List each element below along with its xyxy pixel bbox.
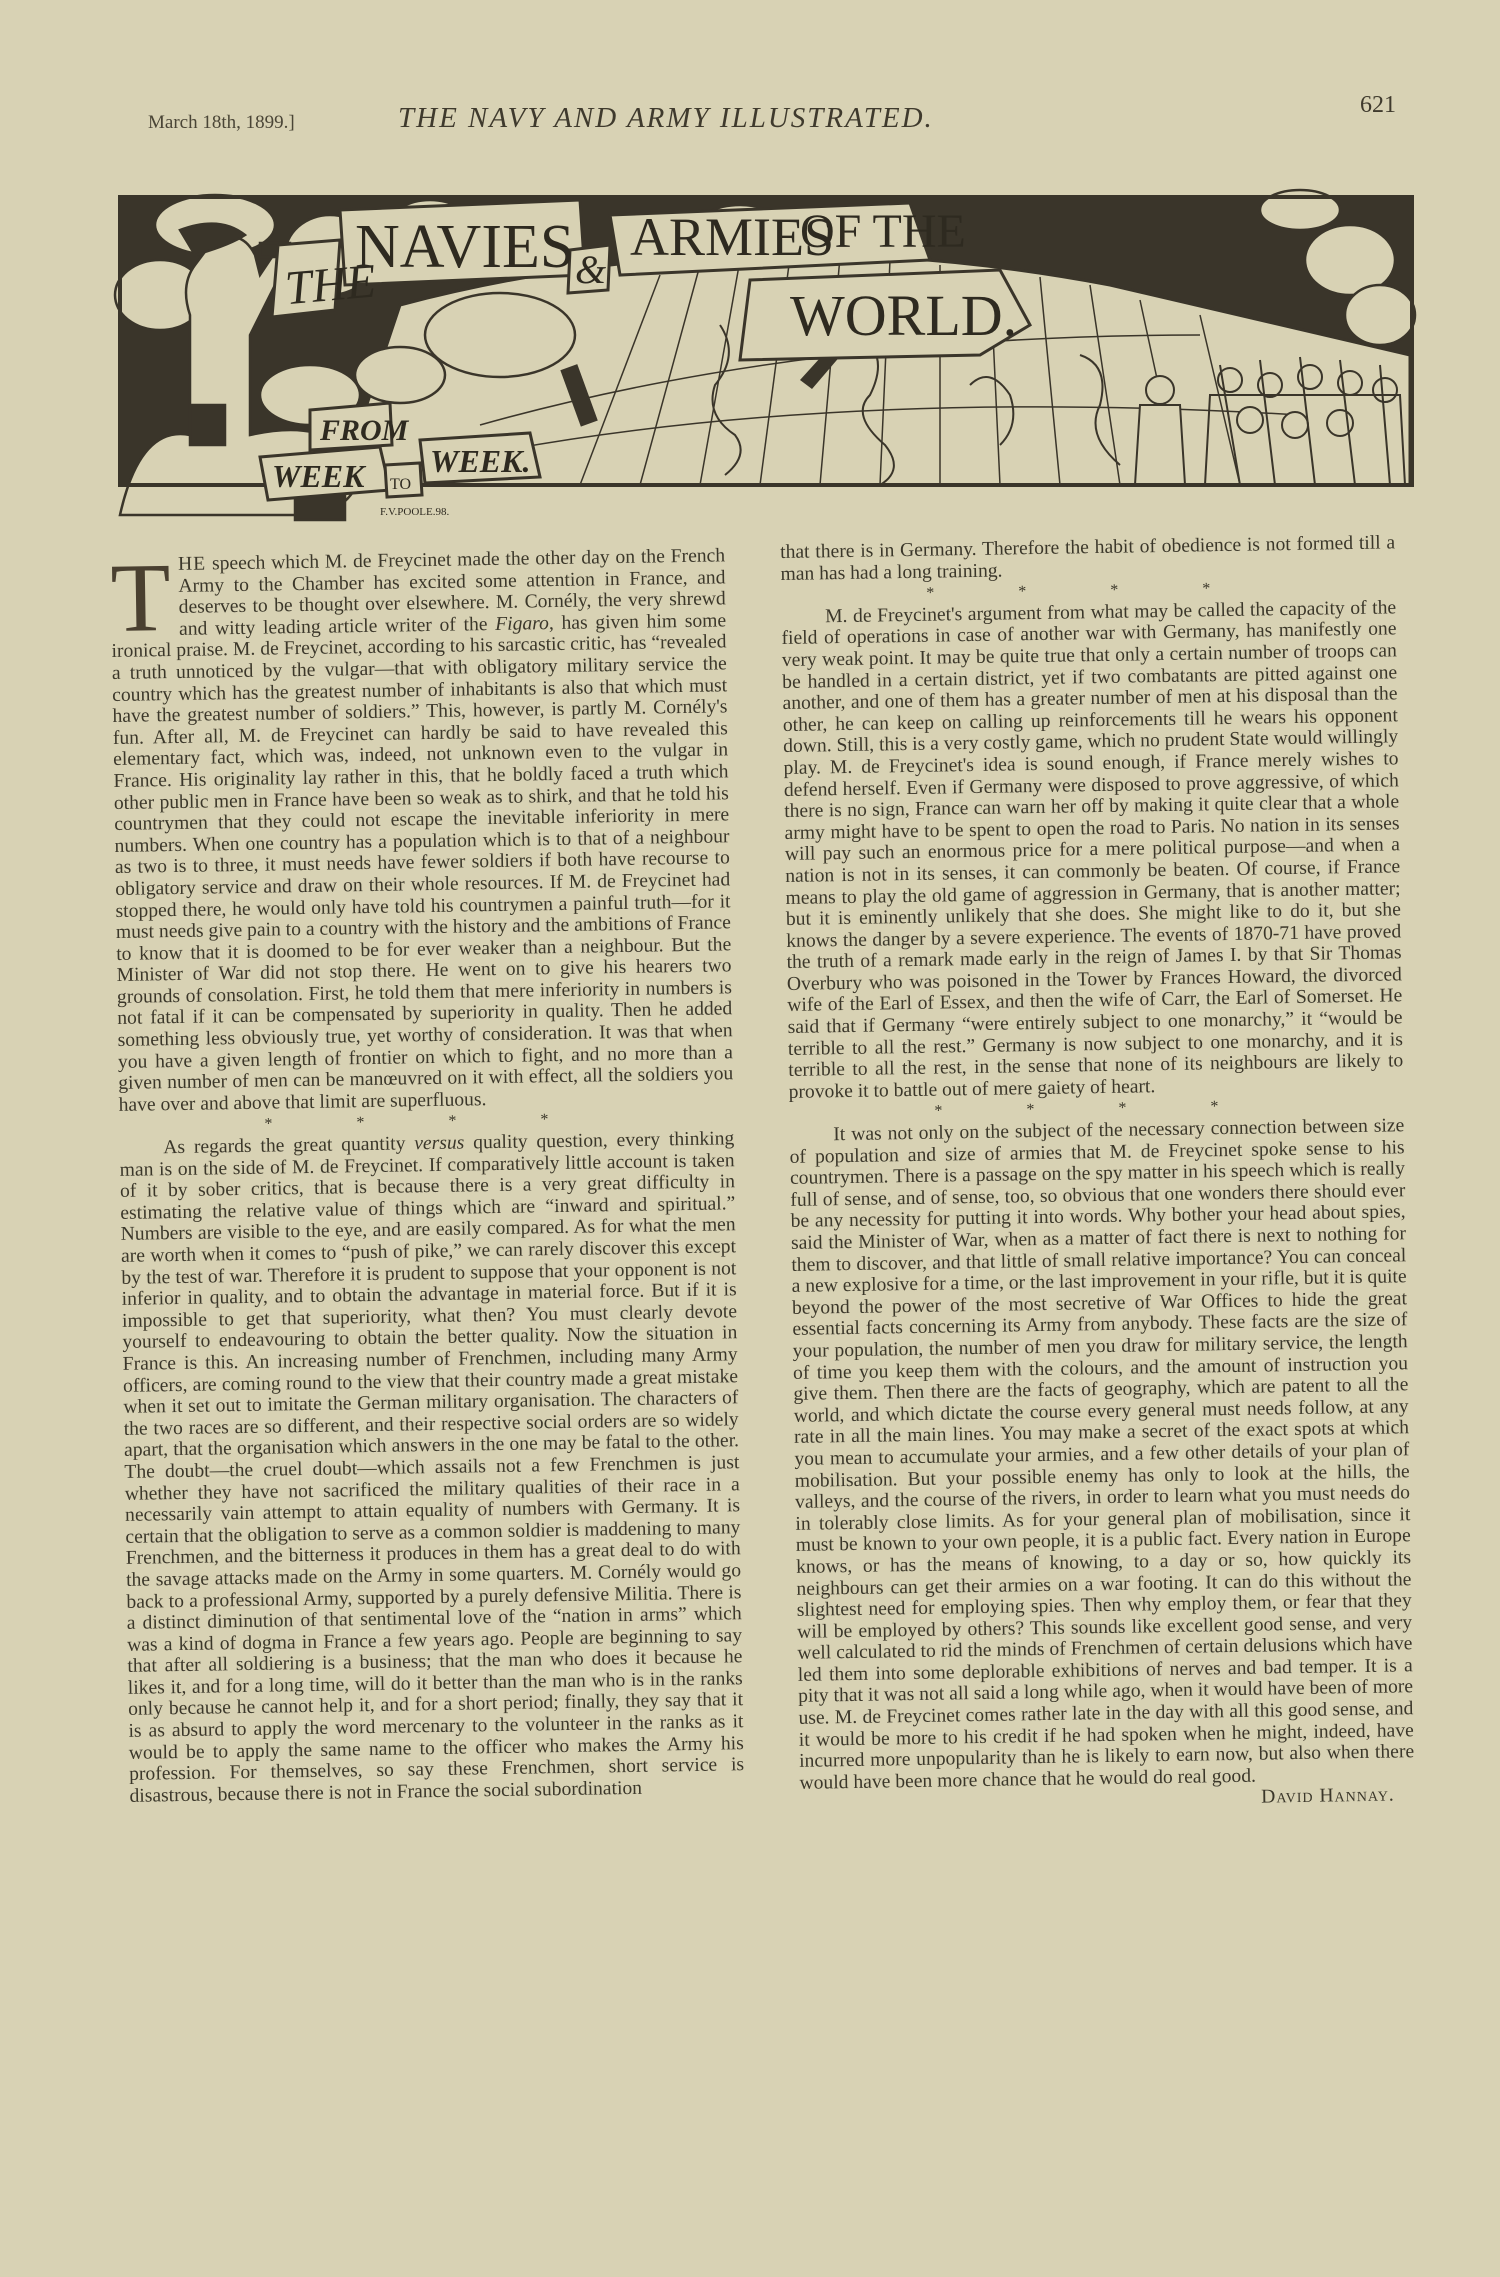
article-paragraph: THE speech which M. de Freycinet made th… (110, 545, 734, 1116)
banner-word-week-1: WEEK (272, 458, 367, 494)
page-number: 621 (1360, 92, 1396, 119)
publication-title: THE NAVY AND ARMY ILLUSTRATED. (398, 102, 934, 135)
banner-word-navies: NAVIES (355, 213, 574, 281)
banner-word-from: FROM (319, 414, 410, 447)
drop-cap: T (110, 560, 171, 637)
article-paragraph: As regards the great quantity versus qua… (119, 1128, 744, 1807)
article-paragraph: M. de Freycinet's argument from what may… (781, 597, 1404, 1103)
article-column-right: that there is in Germany. Therefore the … (780, 532, 1415, 1816)
issue-date: March 18th, 1899.] (148, 112, 295, 134)
publication-name: Figaro (495, 613, 549, 635)
banner-word-week-2: WEEK. (430, 443, 530, 479)
article-paragraph: It was not only on the subject of the ne… (789, 1115, 1414, 1794)
banner-word-to: TO (390, 476, 411, 493)
author-signature: David Hannay. (1217, 1785, 1395, 1809)
running-header: March 18th, 1899.] THE NAVY AND ARMY ILL… (148, 92, 1388, 132)
article-column-left: THE speech which M. de Freycinet made th… (110, 545, 745, 1807)
banner-artwork: THE NAVIES & ARMIES OF THE WORLD. FROM W… (100, 185, 1430, 525)
artist-signature: F.V.POOLE.98. (380, 506, 449, 518)
banner-word-of-the: OF THE (800, 205, 966, 258)
section-banner-illustration: THE NAVIES & ARMIES OF THE WORLD. FROM W… (100, 185, 1430, 525)
banner-ampersand: & (575, 247, 606, 292)
banner-word-world: WORLD. (790, 283, 1017, 348)
